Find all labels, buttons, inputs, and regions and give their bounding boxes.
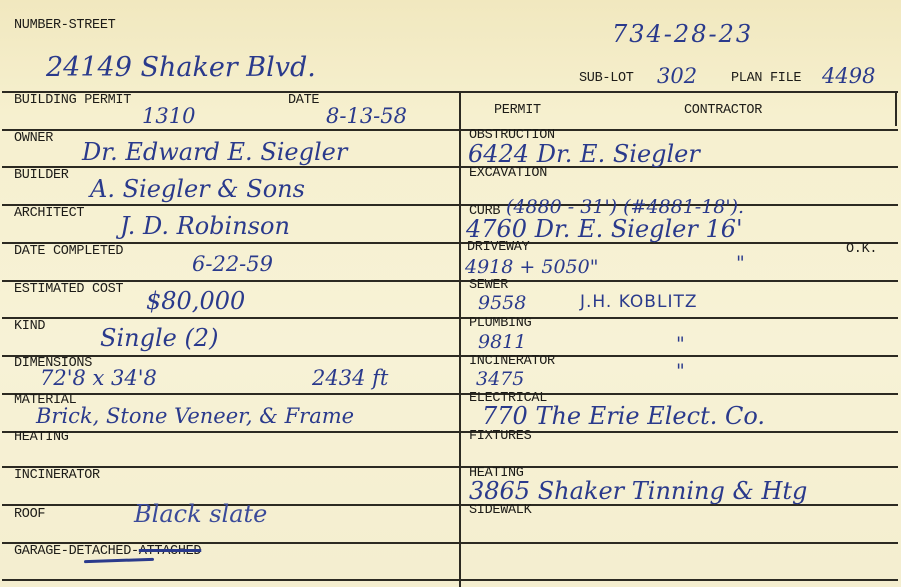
kind-label: KIND [14,319,45,334]
dimensions-area: 2434 ft [312,366,388,390]
owner-label: OWNER [14,131,53,146]
plumbing-label: PLUMBING [469,316,531,331]
date-completed-label: DATE COMPLETED [14,244,123,259]
incinerator-label: INCINERATOR [14,468,100,483]
fixtures-label: FIXTURES [469,429,531,444]
builder-label: BUILDER [14,168,69,183]
sidewalk-label: SIDEWALK [469,503,531,518]
estimated-cost-label: ESTIMATED COST [14,282,123,297]
sub-lot-value: 302 [657,64,697,88]
address-value: 24149 Shaker Blvd. [46,52,316,83]
plan-file-value: 4498 [822,64,875,88]
date-label: DATE [288,93,319,108]
architect-label: ARCHITECT [14,206,84,221]
electrical-value: 770 The Erie Elect. Co. [482,402,765,430]
divider [2,166,898,168]
divider [2,280,898,282]
estimated-cost-value: $80,000 [146,287,245,315]
divider [2,355,898,357]
heating-label: HEATING [14,430,69,445]
divider [2,393,898,395]
dimensions-value: 72'8 x 34'8 [40,366,157,390]
sub-lot-label: SUB-LOT [579,71,634,86]
divider [2,91,898,93]
divider [2,579,898,581]
roof-label: ROOF [14,507,45,522]
excavation-label: EXCAVATION [469,166,547,181]
date-value: 8-13-58 [326,104,407,128]
plumbing-ditto: " [676,333,685,355]
right-edge [895,91,897,126]
architect-value: J. D. Robinson [120,212,290,240]
divider [2,317,898,319]
sewer-value: 9558 [478,292,526,314]
divider [2,129,898,131]
incinerator-ditto: " [676,360,685,382]
garage-attached-struck: ATTACHED [139,544,201,559]
incinerator-permit-label: INCINERATOR [469,354,555,369]
plumbing-value: 9811 [478,331,526,353]
sewer-label: SEWER [469,278,508,293]
building-permit-value: 1310 [142,104,195,128]
kind-value: Single (2) [100,324,218,352]
driveway-ok: O.K. [846,242,877,257]
driveway-value: 4918 + 5050" [465,256,598,278]
material-value: Brick, Stone Veneer, & Frame [36,404,354,428]
divider [2,431,898,433]
sewer-contractor: J.H. KOBLITZ [580,292,698,312]
obstruction-value: 6424 Dr. E. Siegler [468,140,700,168]
plan-file-label: PLAN FILE [731,71,801,86]
permit-header: PERMIT [494,103,541,118]
garage-label: GARAGE-DETACHED-ATTACHED [14,544,201,559]
building-permit-card: NUMBER-STREET 24149 Shaker Blvd. 734-28-… [0,0,901,587]
date-completed-value: 6-22-59 [192,252,273,276]
garage-detached-text: GARAGE-DETACHED- [14,544,139,559]
number-street-label: NUMBER-STREET [14,18,115,33]
incinerator-permit-value: 3475 [476,368,524,390]
curb-value: 4760 Dr. E. Siegler 16' [466,215,743,243]
divider [2,466,898,468]
divider [2,204,898,206]
driveway-label: DRIVEWAY [467,240,529,255]
building-permit-label: BUILDING PERMIT [14,93,131,108]
divider [2,242,898,244]
heating-permit-value: 3865 Shaker Tinning & Htg [469,477,807,505]
parcel-number: 734-28-23 [612,20,753,48]
builder-value: A. Siegler & Sons [90,175,305,203]
contractor-header: CONTRACTOR [684,103,762,118]
driveway-ditto: " [736,252,745,274]
owner-value: Dr. Edward E. Siegler [82,138,347,166]
roof-value: Black slate [134,500,267,528]
